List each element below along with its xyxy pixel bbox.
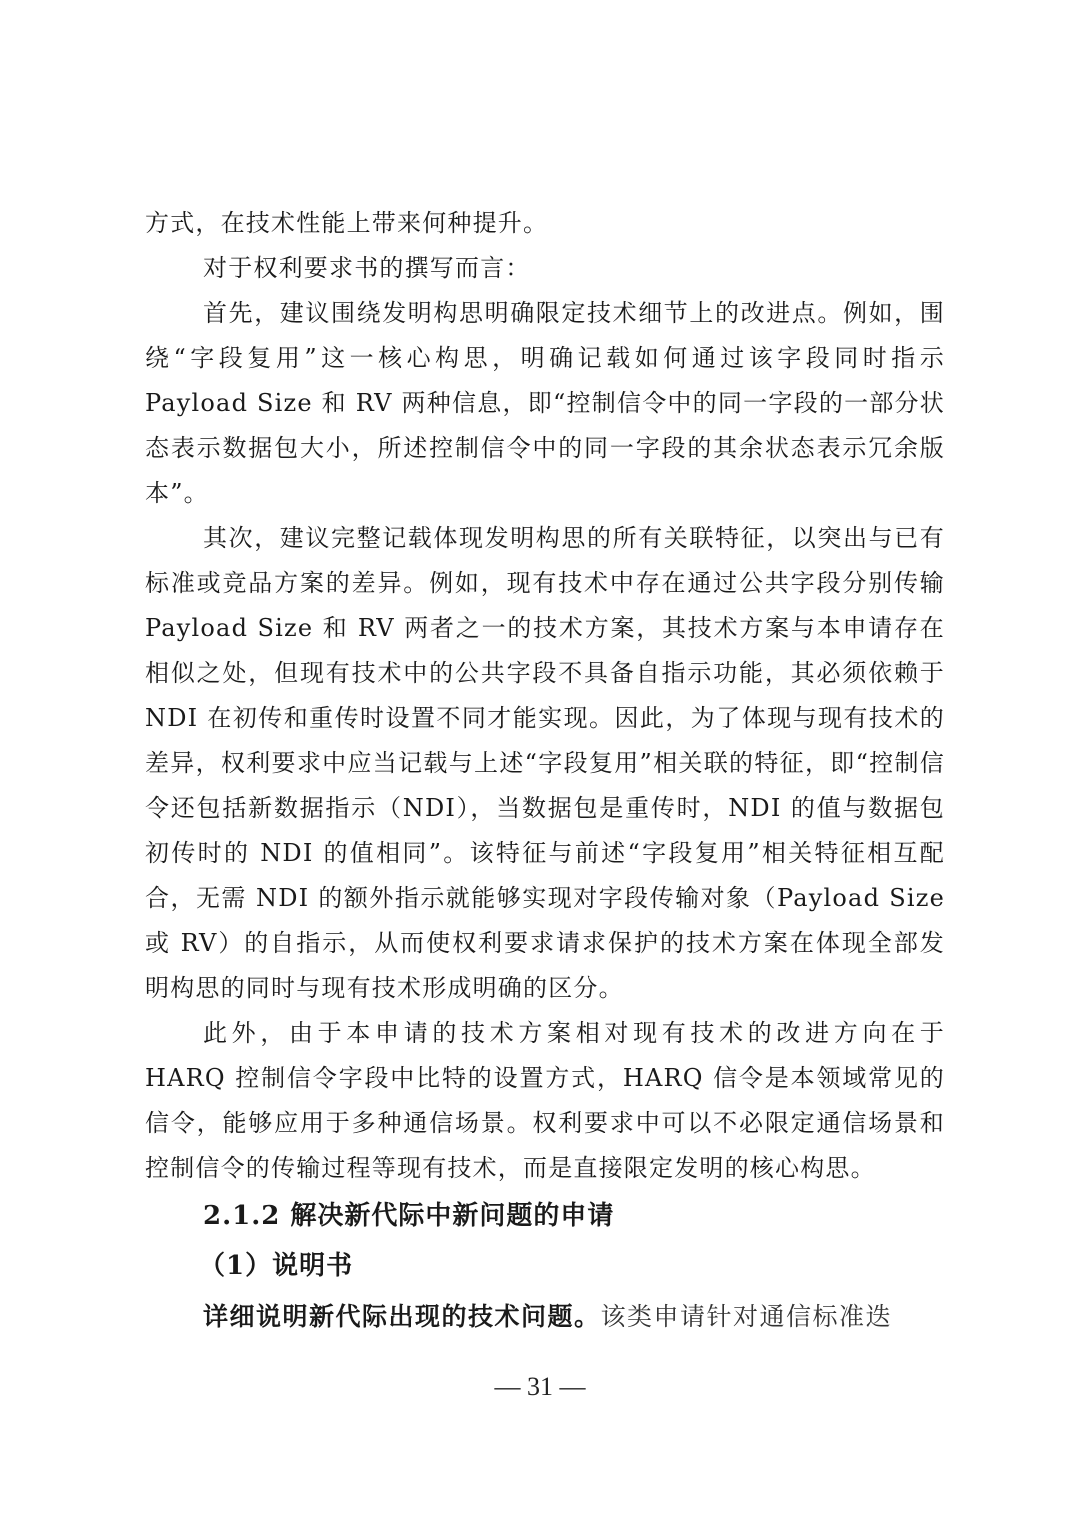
paragraph-claims-intro: 对于权利要求书的撰写而言： — [145, 246, 945, 291]
subsection-heading: （1）说明书 — [145, 1241, 945, 1291]
paragraph-continuation: 方式，在技术性能上带来何种提升。 — [145, 201, 945, 246]
body-text: 该类申请针对通信标准迭 — [601, 1302, 893, 1331]
paragraph-description-start: 详细说明新代际出现的技术问题。该类申请针对通信标准迭 — [145, 1291, 945, 1343]
page-number: — 31 — — [0, 1372, 1080, 1402]
paragraph-second-point: 其次，建议完整记载体现发明构思的所有关联特征，以突出与已有标准或竞品方案的差异。… — [145, 516, 945, 1011]
paragraph-third-point: 此外，由于本申请的技术方案相对现有技术的改进方向在于 HARQ 控制信令字段中比… — [145, 1011, 945, 1191]
paragraph-first-point: 首先，建议围绕发明构思明确限定技术细节上的改进点。例如，围绕“字段复用”这一核心… — [145, 291, 945, 516]
emphasis-text: 详细说明新代际出现的技术问题。 — [203, 1302, 601, 1331]
document-body: 方式，在技术性能上带来何种提升。 对于权利要求书的撰写而言： 首先，建议围绕发明… — [145, 201, 945, 1343]
section-heading: 2.1.2 解决新代际中新问题的申请 — [145, 1191, 945, 1241]
